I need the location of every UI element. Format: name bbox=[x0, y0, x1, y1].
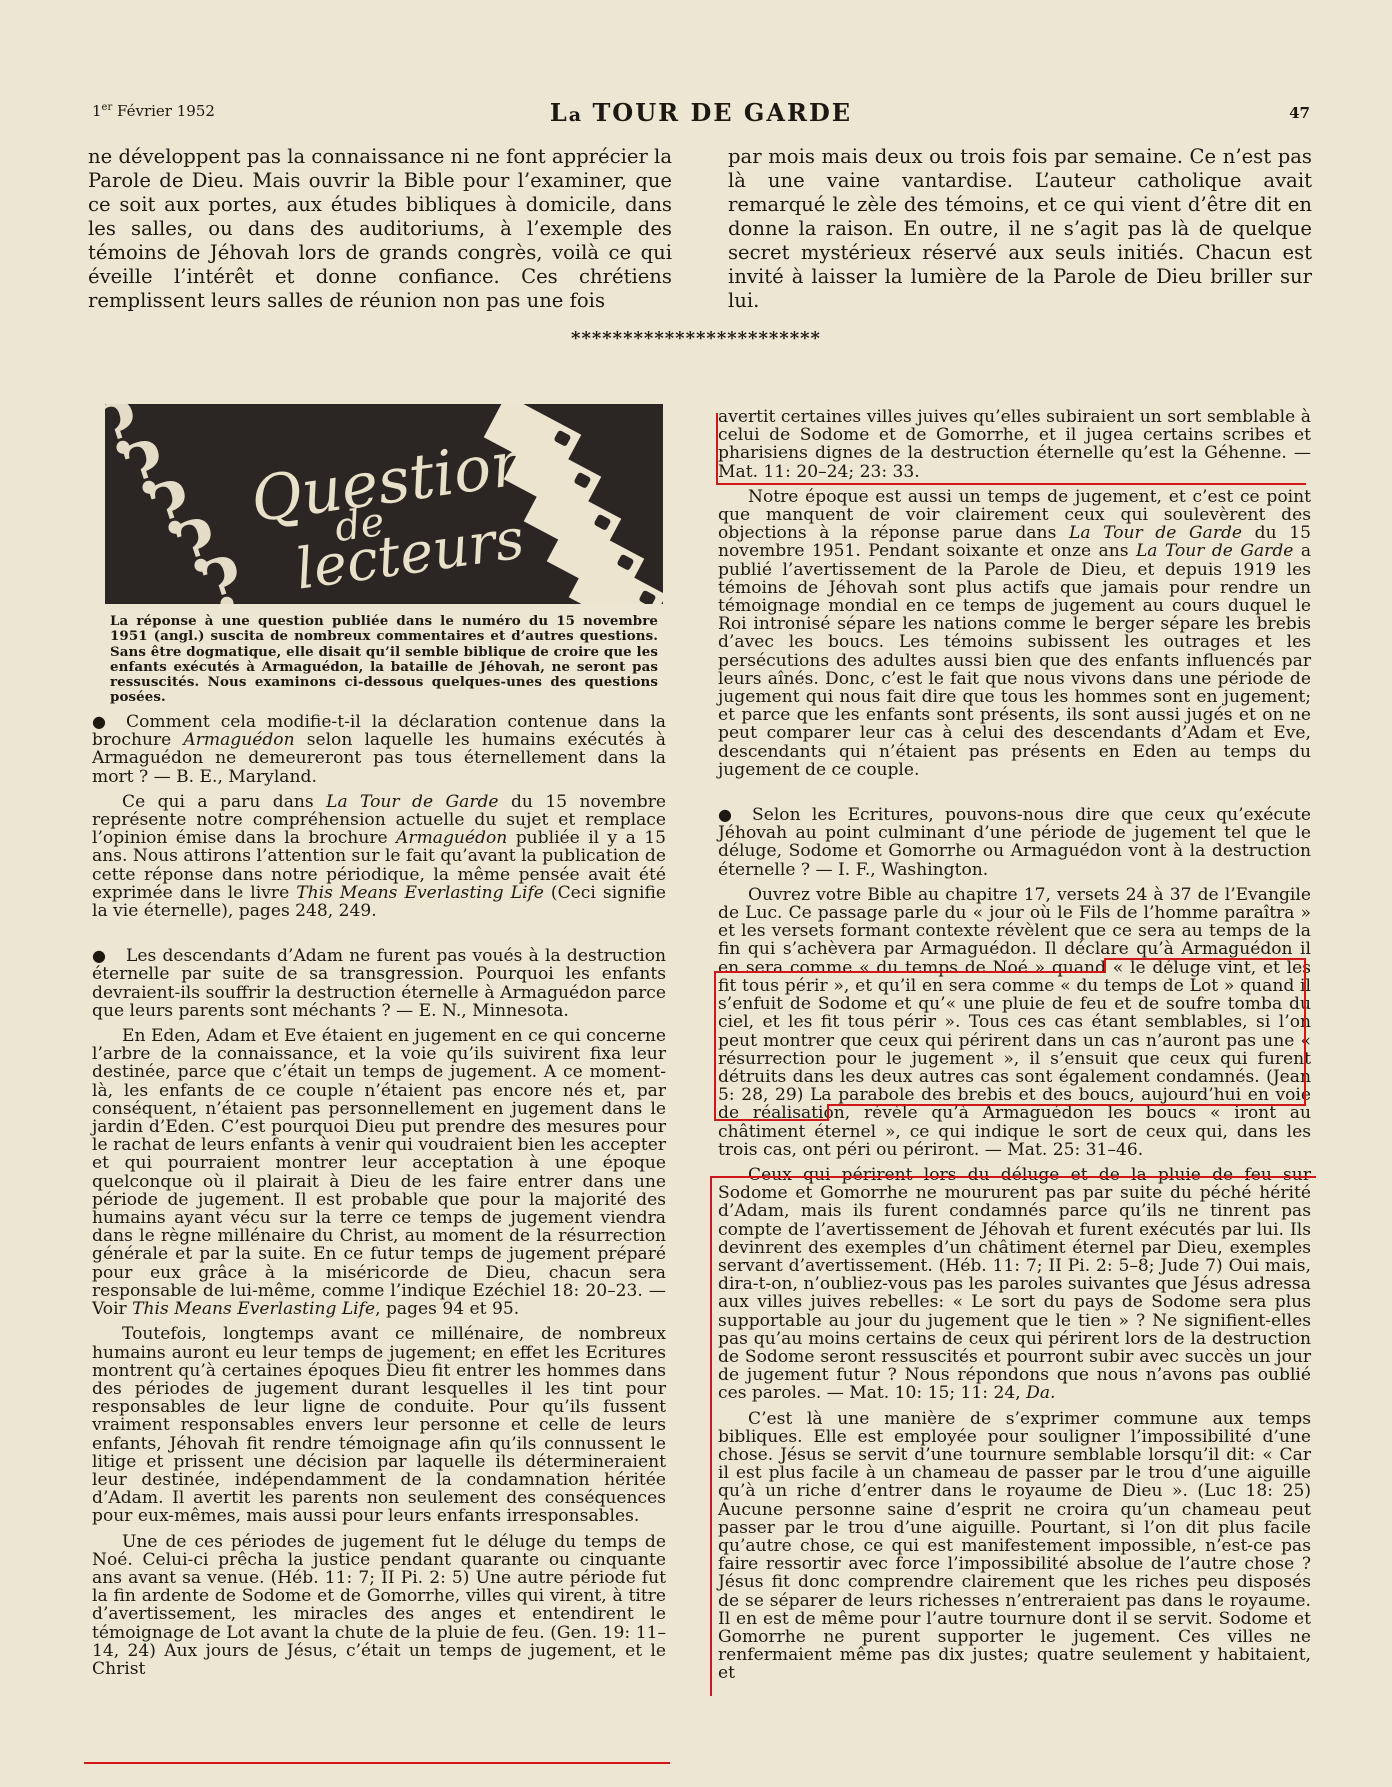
annotation-box bbox=[1304, 958, 1306, 1106]
left-column: ●Comment cela modifie-t-il la déclaratio… bbox=[92, 713, 666, 1678]
annotation-box bbox=[1104, 958, 1306, 960]
annotation-box bbox=[827, 1104, 1306, 1106]
continued-paragraph: avertit certaines villes juives qu’elles… bbox=[718, 408, 1311, 481]
answer-3-paragraph-3: C’est là une manière de s’exprimer commu… bbox=[718, 1410, 1311, 1683]
section-divider: ************************ bbox=[0, 328, 1392, 349]
answer-3-paragraph-2: Ceux qui périrent lors du déluge et de l… bbox=[718, 1166, 1311, 1403]
bullet-icon: ● bbox=[92, 947, 126, 965]
annotation-bracket bbox=[716, 413, 718, 483]
annotation-box bbox=[1104, 958, 1106, 972]
top-article-left: ne développent pas la connaissance ni ne… bbox=[88, 145, 672, 313]
answer-3-paragraph-1: Ouvrez votre Bible au chapitre 17, verse… bbox=[718, 886, 1311, 1159]
answer-2-paragraph-2: Toutefois, longtemps avant ce millénaire… bbox=[92, 1325, 666, 1525]
annotation-box bbox=[714, 971, 716, 1121]
epoch-paragraph: Notre époque est aussi un temps de jugem… bbox=[718, 488, 1311, 779]
question-mark-icon: ? bbox=[193, 545, 254, 604]
bullet-icon: ● bbox=[92, 713, 126, 731]
questions-banner: ? ? ? ? ? Questions de lecteurs bbox=[105, 404, 663, 604]
question-3: ●Selon les Ecritures, pouvons-nous dire … bbox=[718, 806, 1311, 879]
question-2: ●Les descendants d’Adam ne furent pas vo… bbox=[92, 947, 666, 1020]
page-header: 1er Février 1952 La TOUR DE GARDE 47 bbox=[92, 100, 1310, 130]
annotation-underline bbox=[84, 1762, 670, 1764]
section-intro: La réponse à une question publiée dans l… bbox=[110, 614, 658, 706]
annotation-underline bbox=[716, 483, 1306, 485]
annotation-bracket bbox=[710, 1176, 712, 1696]
annotation-underline bbox=[710, 1176, 1316, 1178]
right-column: avertit certaines villes juives qu’elles… bbox=[718, 408, 1311, 1683]
publication-title: La TOUR DE GARDE bbox=[92, 98, 1310, 127]
question-1: ●Comment cela modifie-t-il la déclaratio… bbox=[92, 713, 666, 786]
annotation-box bbox=[714, 1119, 829, 1121]
bullet-icon: ● bbox=[718, 806, 752, 824]
annotation-box bbox=[714, 971, 1106, 973]
answer-2-paragraph-3: Une de ces périodes de jugement fut le d… bbox=[92, 1533, 666, 1679]
page-number: 47 bbox=[1289, 104, 1310, 122]
answer-1: Ce qui a paru dans La Tour de Garde du 1… bbox=[92, 793, 666, 920]
answer-2-paragraph-1: En Eden, Adam et Eve étaient en jugement… bbox=[92, 1027, 666, 1318]
top-article-right: par mois mais deux ou trois fois par sem… bbox=[728, 145, 1312, 313]
